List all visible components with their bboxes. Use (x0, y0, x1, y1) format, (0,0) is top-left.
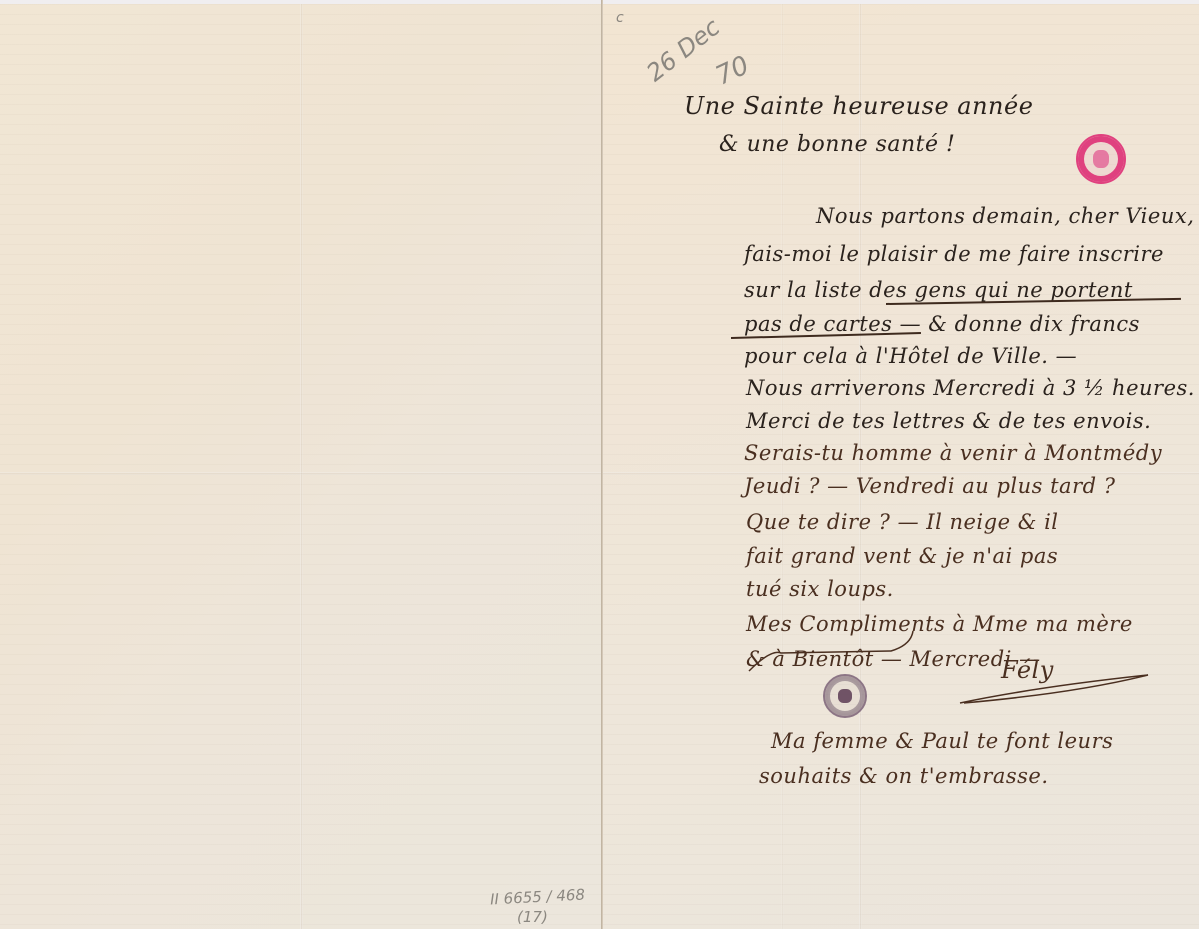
body-line-2: fais-moi le plaisir de me faire inscrire (744, 242, 1164, 266)
greeting-line-1: Une Sainte heureuse année (684, 92, 1033, 120)
fold-line-vertical (300, 4, 303, 929)
date-note: 26 Dec (641, 13, 725, 87)
body-line-6: Nous arriverons Mercredi à 3 ½ heures. (746, 376, 1195, 400)
body-line-4: pas de cartes — & donne dix francs (744, 312, 1140, 336)
body-line-10: Que te dire ? — Il neige & il (746, 510, 1059, 534)
body-line-11: fait grand vent & je n'ai pas (746, 544, 1058, 568)
archive-reference-sub: (17) (517, 908, 548, 926)
purple-library-stamp-icon (823, 674, 867, 718)
closing-flourish-icon (741, 629, 921, 679)
corner-mark: c (616, 10, 624, 26)
archive-reference-number: II 6655 / 468 (490, 886, 586, 909)
body-line-9: Jeudi ? — Vendredi au plus tard ? (744, 474, 1115, 498)
body-line-5: pour cela à l'Hôtel de Ville. — (744, 344, 1077, 368)
signature-flourish-icon (956, 669, 1156, 709)
stamp-emblem-icon (838, 689, 852, 703)
body-line-3: sur la liste des gens qui ne portent (744, 278, 1133, 302)
letter-spread: II 6655 / 468 (17) c 26 Dec 70 Une Saint… (0, 0, 1199, 929)
fold-line-horizontal (0, 472, 601, 475)
body-line-1: Nous partons demain, cher Vieux, (816, 204, 1194, 228)
body-line-8: Serais-tu homme à venir à Montmédy (744, 441, 1162, 465)
postscript-line-2: souhaits & on t'embrasse. (759, 764, 1049, 788)
stamp-emblem-icon (1093, 150, 1109, 168)
body-line-12: tué six loups. (746, 577, 894, 601)
left-page: II 6655 / 468 (17) (0, 0, 601, 929)
right-page: c 26 Dec 70 Une Sainte heureuse année & … (601, 0, 1199, 929)
greeting-line-2: & une bonne santé ! (719, 132, 955, 157)
postscript-line-1: Ma femme & Paul te font leurs (771, 729, 1113, 753)
body-line-7: Merci de tes lettres & de tes envois. (746, 409, 1151, 433)
page-gutter (601, 0, 603, 929)
archive-reference: II 6655 / 468 (490, 886, 586, 909)
red-library-stamp-icon (1076, 134, 1126, 184)
page-number-note: 70 (711, 50, 754, 91)
